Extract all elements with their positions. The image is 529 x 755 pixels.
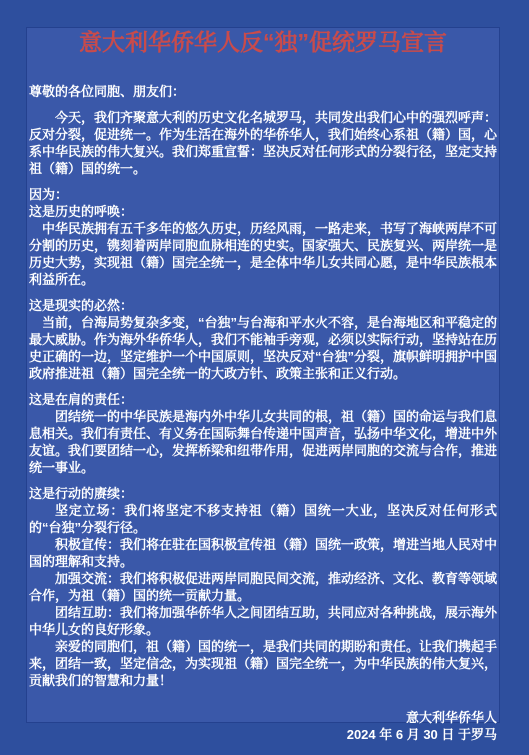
declaration-card: 意大利华侨华人反“独”促统罗马宣言 尊敬的各位同胞、朋友们： 今天，我们齐聚意大… [26,27,500,723]
duty-heading: 这是在肩的责任： [29,391,497,408]
action-heading: 这是行动的赓续： [29,485,497,502]
reality-paragraph: 当前，台海局势复杂多变，“台独”与台海和平水火不容，是台海地区和平稳定的最大威胁… [29,314,497,382]
action-item-publicity: 积极宣传：我们将在驻在国积极宣传祖（籍）国统一政策，增进当地人民对中国的理解和支… [29,536,497,570]
history-heading: 这是历史的呼唤： [29,203,497,220]
declaration-title: 意大利华侨华人反“独”促统罗马宣言 [29,29,497,56]
signature-date: 2024 年 6 月 30 日 于罗马 [29,726,497,743]
action-item-stance: 坚定立场：我们将坚定不移支持祖（籍）国统一大业，坚决反对任何形式的“台独”分裂行… [29,502,497,536]
signature-name: 意大利华侨华人 [29,709,497,726]
greeting-line: 尊敬的各位同胞、朋友们： [29,83,497,100]
signature-block: 意大利华侨华人 2024 年 6 月 30 日 于罗马 [29,709,497,743]
action-item-exchange: 加强交流：我们将积极促进两岸同胞民间交流，推动经济、文化、教育等领域合作，为祖（… [29,570,497,604]
history-paragraph: 中华民族拥有五千多年的悠久历史，历经风雨，一路走来，书写了海峡两岸不可分割的历史… [29,220,497,288]
duty-paragraph: 团结统一的中华民族是海内外中华儿女共同的根，祖（籍）国的命运与我们息息相关。我们… [29,408,497,476]
closing-paragraph: 亲爱的同胞们，祖（籍）国的统一，是我们共同的期盼和责任。让我们携起手来，团结一致… [29,638,497,689]
reality-heading: 这是现实的必然： [29,297,497,314]
because-label: 因为： [29,186,497,203]
opening-paragraph: 今天，我们齐聚意大利的历史文化名城罗马，共同发出我们心中的强烈呼声：反对分裂，促… [29,109,497,177]
action-item-solidarity: 团结互助：我们将加强华侨华人之间团结互助，共同应对各种挑战，展示海外中华儿女的良… [29,604,497,638]
